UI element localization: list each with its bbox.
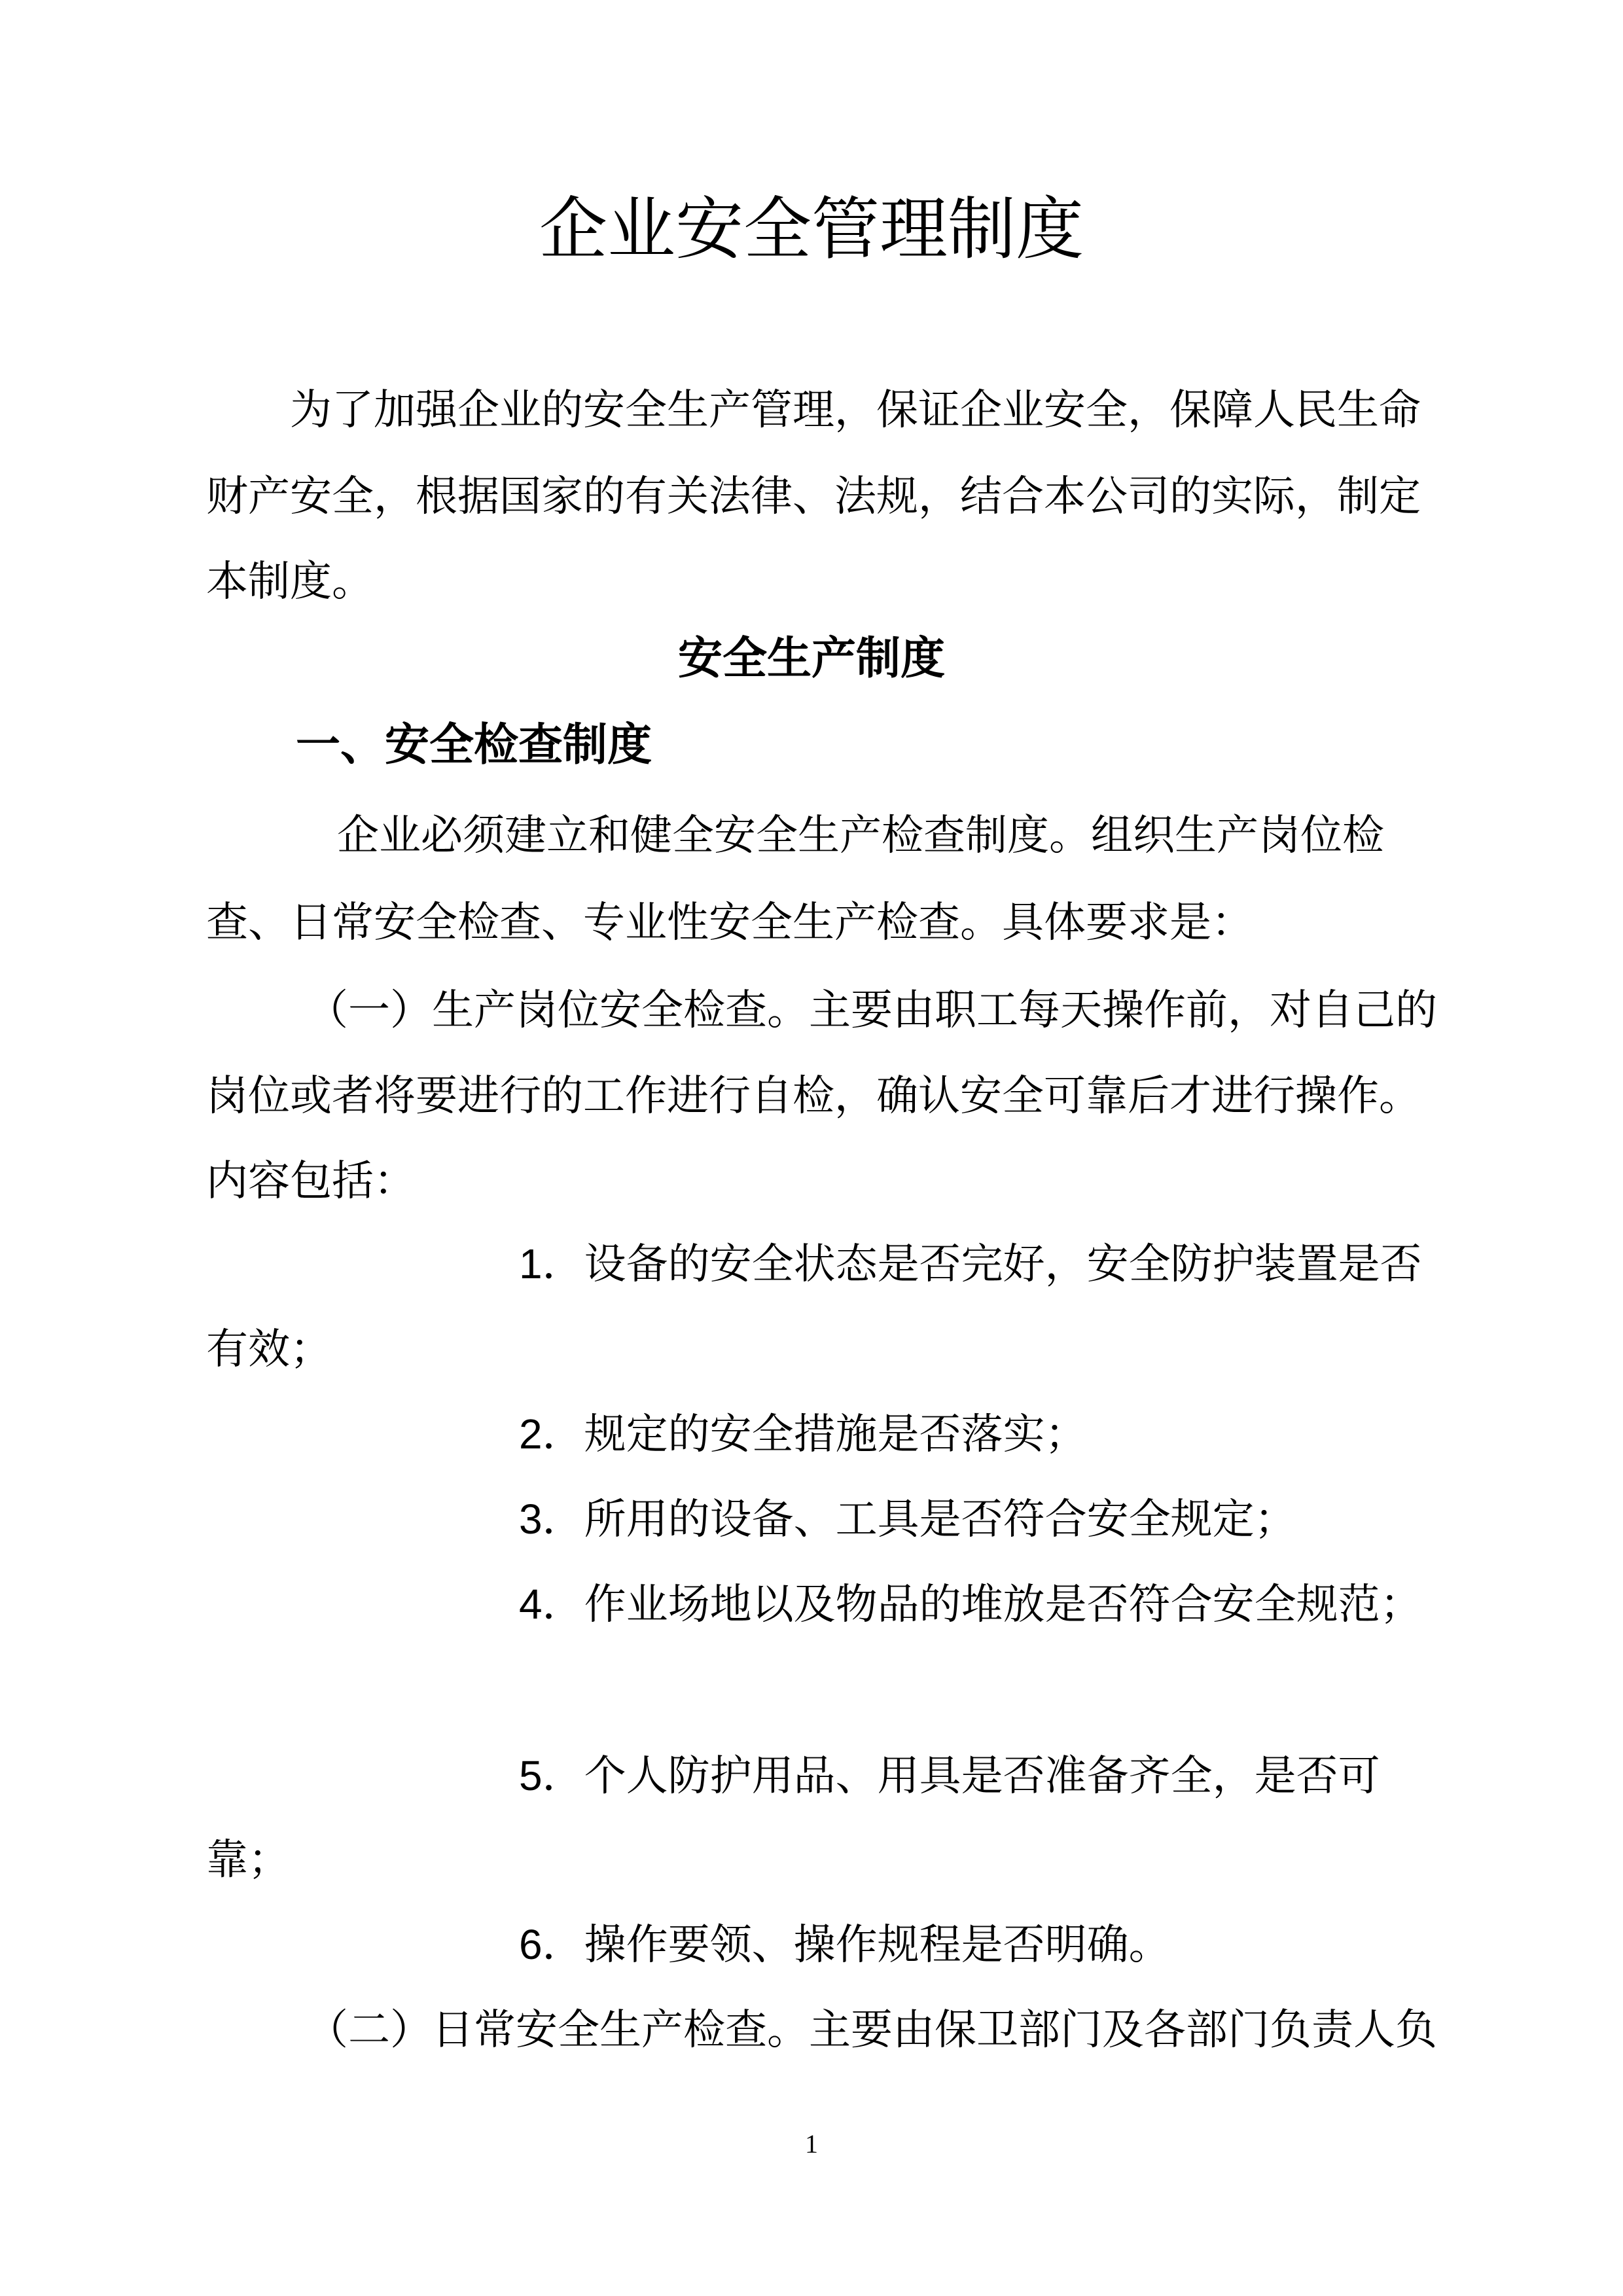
document-page: 企业安全管理制度 为了加强企业的安全生产管理，保证企业安全，保障人民生命 财产安… xyxy=(0,0,1623,2296)
document-title: 企业安全管理制度 xyxy=(0,196,1623,264)
page-number: 1 xyxy=(0,2131,1623,2157)
checklist-item-2: 2．规定的安全措施是否落实； xyxy=(519,1413,1087,1455)
subsection-1-line-1: （一）生产岗位安全检查。主要由职工每天操作前，对自己的 xyxy=(306,989,1437,1031)
checklist-item-4: 4．作业场地以及物品的堆放是否符合安全规范； xyxy=(519,1583,1422,1625)
intro-line-1: 为了加强企业的安全生产管理，保证企业安全，保障人民生命 xyxy=(290,389,1421,431)
checklist-item-5-line-2: 靠； xyxy=(206,1839,290,1880)
overview-line-1: 企业必须建立和健全安全生产检查制度。组织生产岗位检 xyxy=(337,814,1384,856)
section-heading: 一、安全检查制度 xyxy=(296,723,652,767)
overview-line-2: 查、日常安全检查、专业性安全生产检查。具体要求是： xyxy=(206,901,1253,943)
checklist-item-1-line-1: 1．设备的安全状态是否完好，安全防护装置是否 xyxy=(519,1243,1422,1285)
subsection-1-line-2: 岗位或者将要进行的工作进行自检，确认安全可靠后才进行操作。 xyxy=(206,1075,1421,1117)
subsection-2-line-1: （二）日常安全生产检查。主要由保卫部门及各部门负责人负 xyxy=(306,2009,1437,2051)
checklist-item-5-line-1: 5．个人防护用品、用具是否准备齐全，是否可 xyxy=(519,1755,1380,1797)
intro-line-3: 本制度。 xyxy=(206,560,374,602)
checklist-item-6: 6．操作要领、操作规程是否明确。 xyxy=(519,1924,1171,1965)
checklist-item-1-line-2: 有效； xyxy=(206,1328,332,1370)
section-title: 安全生产制度 xyxy=(0,636,1623,681)
subsection-1-line-3: 内容包括： xyxy=(206,1160,416,1202)
checklist-item-3: 3．所用的设备、工具是否符合安全规定； xyxy=(519,1498,1296,1540)
intro-line-2: 财产安全，根据国家的有关法律、法规，结合本公司的实际，制定 xyxy=(206,475,1421,517)
